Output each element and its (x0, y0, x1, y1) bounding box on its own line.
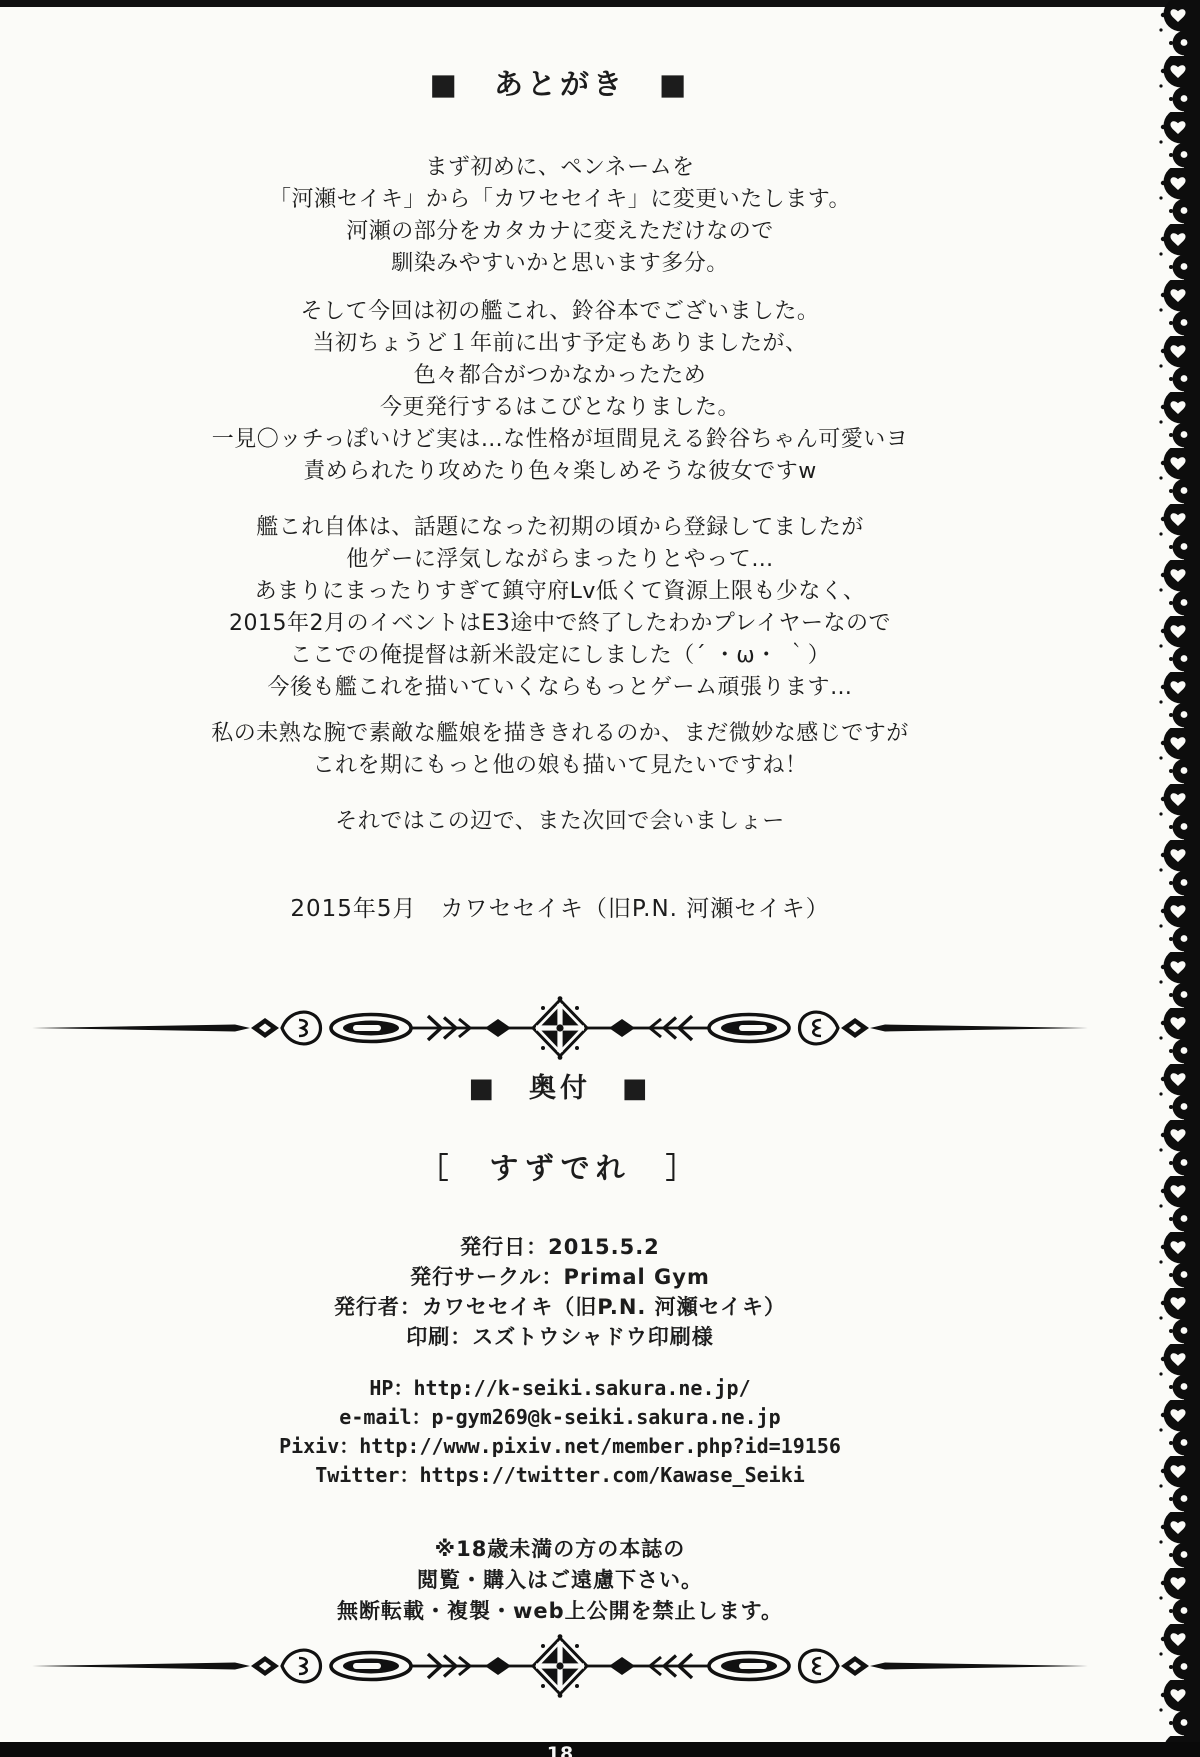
colophon-details: 発行日：2015.5.2 発行サークル：Primal Gym 発行者：カワセセイ… (0, 1232, 1120, 1352)
page-bottom-edge: 18 (0, 1742, 1200, 1757)
text-line: これを期にもっと他の娘も描いて見たいですね！ (0, 750, 1120, 782)
text-line: 一見〇ッチっぽいけど実は…な性格が垣間見える鈴谷ちゃん可愛いヨ (0, 424, 1120, 456)
notice-line: 閲覧・購入はご遠慮下さい。 (0, 1565, 1120, 1596)
text-line: まず初めに、ペンネームを (0, 152, 1120, 184)
printer-name: 印刷：スズトウシャドウ印刷様 (0, 1322, 1120, 1352)
text-line: 今更発行するはこびとなりました。 (0, 392, 1120, 424)
colophon-contacts: HP：http://k-seiki.sakura.ne.jp/ e-mail：p… (0, 1374, 1120, 1490)
page-number: 18 (0, 1743, 1120, 1757)
afterword-date-signature: 2015年5月 カワセセイキ（旧P.N. 河瀬セイキ） (0, 890, 1120, 923)
text-line: 責められたり攻めたり色々楽しめそうな彼女ですw (0, 456, 1120, 488)
ornament-center-diamond (533, 996, 587, 1060)
text-line: 当初ちょうど１年前に出す予定もありましたが、 (0, 328, 1120, 360)
text-line: そして今回は初の艦これ、鈴谷本でございました。 (0, 296, 1120, 328)
text-line: 「河瀬セイキ」から「カワセセイキ」に変更いたします。 (0, 184, 1120, 216)
text-line: 馴染みやすいかと思います多分。 (0, 248, 1120, 280)
afterword-paragraph-4: 私の未熟な腕で素敵な艦娘を描ききれるのか、まだ微妙な感じですが これを期にもっと… (0, 718, 1120, 782)
email-address: e-mail：p-gym269@k-seiki.sakura.ne.jp (0, 1403, 1120, 1432)
afterword-paragraph-2: そして今回は初の艦これ、鈴谷本でございました。 当初ちょうど１年前に出す予定もあ… (0, 296, 1120, 488)
age-restriction-notice: ※18歳未満の方の本誌の 閲覧・購入はご遠慮下さい。 無断転載・複製・web上公… (0, 1534, 1120, 1627)
ornament-divider (20, 1634, 1100, 1698)
afterword-paragraph-3: 艦これ自体は、話題になった初期の頃から登録してましたが 他ゲーに浮気しながらまっ… (0, 512, 1120, 704)
afterword-paragraph-1: まず初めに、ペンネームを 「河瀬セイキ」から「カワセセイキ」に変更いたします。 … (0, 152, 1120, 280)
notice-line: ※18歳未満の方の本誌の (0, 1534, 1120, 1565)
text-line: 私の未熟な腕で素敵な艦娘を描ききれるのか、まだ微妙な感じですが (0, 718, 1120, 750)
text-line: 今後も艦これを描いていくならもっとゲーム頑張ります… (0, 672, 1120, 704)
homepage-url: HP：http://k-seiki.sakura.ne.jp/ (0, 1374, 1120, 1403)
pixiv-url: Pixiv：http://www.pixiv.net/member.php?id… (0, 1432, 1120, 1461)
text-line: 艦これ自体は、話題になった初期の頃から登録してましたが (0, 512, 1120, 544)
colophon-title: ■ 奥付 ■ (0, 1066, 1120, 1105)
publish-date: 発行日：2015.5.2 (0, 1232, 1120, 1262)
book-title: ［ すずでれ ］ (0, 1146, 1120, 1187)
text-line: 2015年2月のイベントはE3途中で終了したわかプレイヤーなので (0, 608, 1120, 640)
afterword-title: ■ あとがき ■ (0, 62, 1120, 103)
publisher-name: 発行者：カワセセイキ（旧P.N. 河瀬セイキ） (0, 1292, 1120, 1322)
lace-border (1156, 0, 1200, 1757)
text-line: それではこの辺で、また次回で会いましょー (0, 806, 1120, 838)
afterword-paragraph-5: それではこの辺で、また次回で会いましょー (0, 806, 1120, 838)
circle-name: 発行サークル：Primal Gym (0, 1262, 1120, 1292)
ornament-divider (20, 996, 1100, 1060)
page-top-rule (0, 0, 1174, 7)
text-line: 他ゲーに浮気しながらまったりとやって… (0, 544, 1120, 576)
notice-line: 無断転載・複製・web上公開を禁止します。 (0, 1596, 1120, 1627)
text-line: あまりにまったりすぎて鎮守府Lv低くて資源上限も少なく、 (0, 576, 1120, 608)
text-line: ここでの俺提督は新米設定にしました（´ ・ω・ ｀） (0, 640, 1120, 672)
text-line: 色々都合がつかなかったため (0, 360, 1120, 392)
text-line: 河瀬の部分をカタカナに変えただけなので (0, 216, 1120, 248)
twitter-url: Twitter：https://twitter.com/Kawase_Seiki (0, 1461, 1120, 1490)
